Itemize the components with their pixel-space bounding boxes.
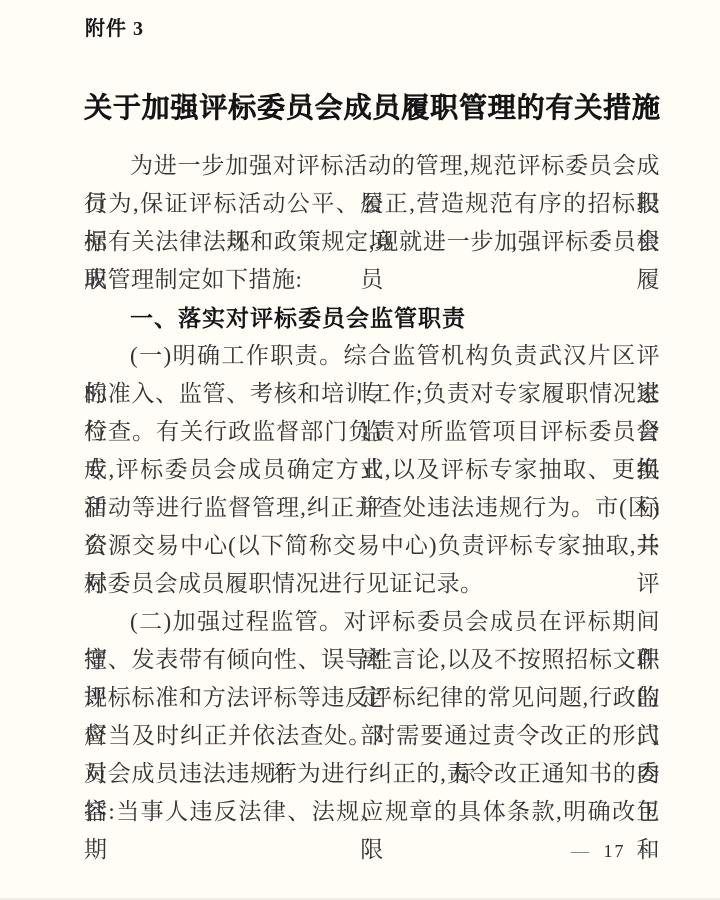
document-page: 附件 3 关于加强评标委员会成员履职管理的有关措施 为进一步加强对评标活动的管理…	[0, 0, 720, 900]
document-body: 为进一步加强对评标活动的管理,规范评标委员会成员履职行为,保证评标活动公平、公正…	[84, 147, 660, 831]
attachment-label: 附件 3	[85, 12, 144, 41]
body-line: 资源交易中心(以下简称交易中心)负责评标专家抽取,并对评	[84, 527, 660, 565]
body-line: 成,评标委员会成员确定方式,以及评标专家抽取、更换和评标	[84, 451, 660, 489]
section-heading: 一、落实对评标委员会监管职责	[84, 299, 660, 337]
body-line: 括:当事人违反法律、法规、规章的具体条款,明确改正期限和	[84, 793, 660, 831]
body-line: 的准入、监管、考核和培训工作;负责对专家履职情况进行监督	[84, 375, 660, 413]
page-number-dash-left: —	[565, 841, 597, 861]
body-line: (二)加强过程监管。对评标委员会成员在评标期间擅离职	[84, 603, 660, 641]
body-line: 应当及时纠正并依法查处。对需要通过责令改正的形式对评标委	[84, 717, 660, 755]
page-number-value: 17	[604, 841, 626, 861]
body-line: 行为,保证评标活动公平、公正,营造规范有序的招标投标环境,根	[84, 185, 660, 223]
page-number-dash-right: —	[632, 841, 664, 861]
page-title: 关于加强评标委员会成员履职管理的有关措施	[84, 89, 660, 129]
body-line: 评标标准和方法评标等违反评标纪律的常见问题,行政监督部门	[84, 679, 660, 717]
body-line: (一)明确工作职责。综合监管机构负责武汉片区评标专家	[84, 337, 660, 375]
body-line: 守、发表带有倾向性、误导性言论,以及不按照招标文件规定的	[84, 641, 660, 679]
page-number: — 17 —	[565, 841, 664, 862]
body-line: 员会成员违法违规行为进行纠正的,责令改正通知书的内容应包	[84, 755, 660, 793]
body-line: 为进一步加强对评标活动的管理,规范评标委员会成员履职	[84, 147, 660, 185]
body-line: 检查。有关行政监督部门负责对所监管项目评标委员会专业组	[84, 413, 660, 451]
body-line: 活动等进行监督管理,纠正并查处违法违规行为。市(区)公共	[84, 489, 660, 527]
body-line: 据有关法律法规和政策规定,现就进一步加强评标委员会成员履	[84, 223, 660, 261]
